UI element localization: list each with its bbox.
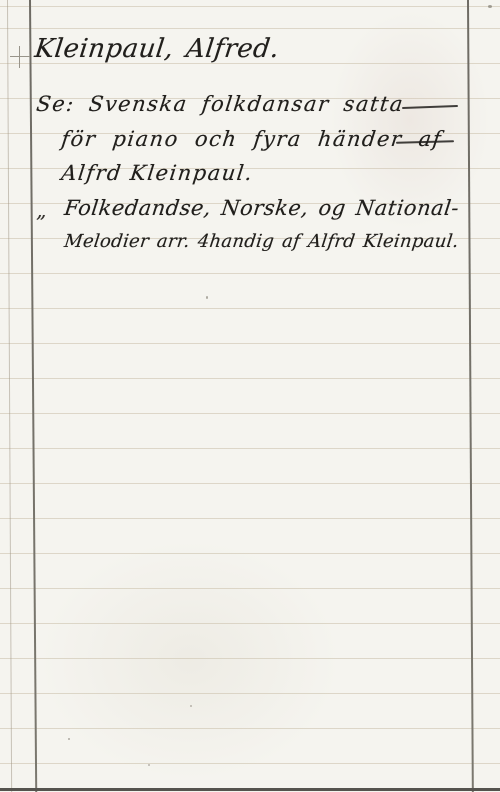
scan-speck <box>190 705 192 707</box>
bottom-edge-line <box>0 788 500 791</box>
registration-cross-icon <box>10 46 30 68</box>
cross-vertical-bar <box>19 46 20 68</box>
entry1-author-line: Alfrd Kleinpaul. <box>60 161 255 185</box>
scan-speck <box>68 738 70 740</box>
scan-speck <box>488 5 492 8</box>
entry2-title-line: Folkedandse, Norske, og National- <box>63 196 461 220</box>
cross-horizontal-bar <box>10 56 30 57</box>
entry1-subtitle-line: för piano och fyra händer af <box>60 127 444 151</box>
entry2-subtitle-line: Melodier arr. 4handig af Alfrd Kleinpaul… <box>63 231 460 252</box>
scanned-catalog-card: Kleinpaul, Alfred. Se: Svenska folkdansa… <box>0 0 500 792</box>
author-heading: Kleinpaul, Alfred. <box>33 34 281 64</box>
scan-speck <box>206 296 208 299</box>
scan-speck <box>148 764 150 766</box>
ditto-mark: „ <box>36 198 46 222</box>
entry1-title-line: Se: Svenska folkdansar satta <box>35 92 405 116</box>
ruled-lines <box>0 0 500 792</box>
